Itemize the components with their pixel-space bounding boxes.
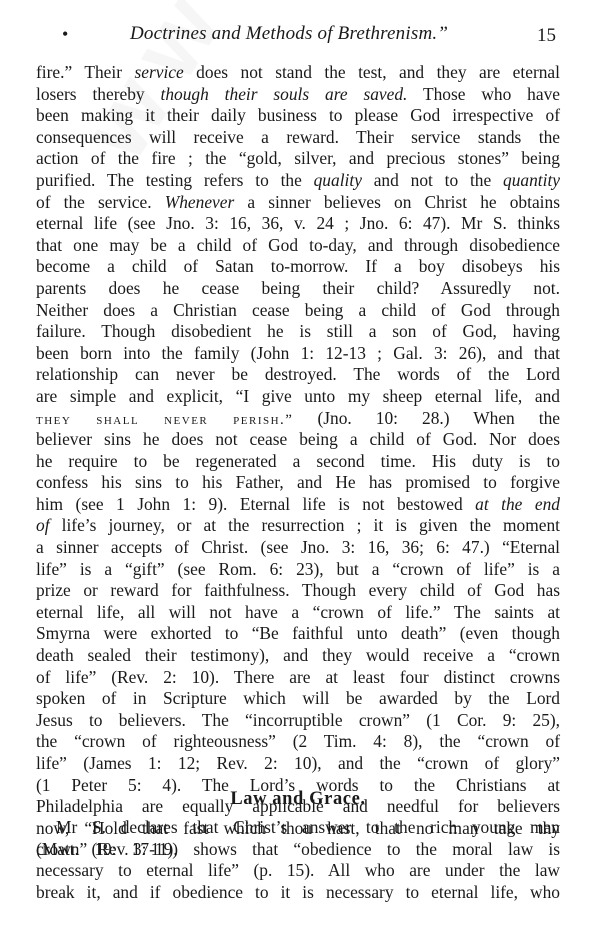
text-run: death sealed their testimony), and they … bbox=[36, 645, 560, 665]
text-line: him (see 1 John 1: 9). Eternal life is n… bbox=[36, 494, 560, 516]
text-run: believer sins he does not cease being a … bbox=[36, 429, 560, 449]
text-line: Jesus to believers. The “incorruptible c… bbox=[36, 710, 560, 732]
text-run: and not to the bbox=[362, 170, 503, 190]
text-run: spoken of in Scripture which will be awa… bbox=[36, 688, 560, 708]
text-run: confess his sins to his Father, and He h… bbox=[36, 472, 560, 492]
italic-text: of bbox=[36, 515, 50, 535]
text-run: (Matt. 19: 17-19) shows that “obedience … bbox=[36, 839, 560, 859]
italic-text: quantity bbox=[503, 170, 560, 190]
text-run: of life” (Rev. 2: 10). There are at leas… bbox=[36, 667, 560, 687]
document-page: www.brethren • Doctrines and Methods of … bbox=[0, 0, 600, 947]
text-run: consequences will receive a reward. Thei… bbox=[36, 127, 560, 147]
text-run: eternal life (see Jno. 3: 16, 36, v. 24 … bbox=[36, 213, 560, 233]
body-paragraph-law-and-grace: Mr S. declares that Christ’s answer to t… bbox=[36, 817, 560, 903]
text-run: Neither does a Christian cease being a c… bbox=[36, 300, 560, 320]
italic-text: quality bbox=[314, 170, 362, 190]
text-line: that one may be a child of God to-day, a… bbox=[36, 235, 560, 257]
text-line: purified. The testing refers to the qual… bbox=[36, 170, 560, 192]
text-run: relationship can never be destroyed. The… bbox=[36, 364, 560, 384]
text-run: Mr S. declares that Christ’s answer to t… bbox=[56, 817, 560, 837]
text-line: a sinner accepts of Christ. (see Jno. 3:… bbox=[36, 537, 560, 559]
running-head: • Doctrines and Methods of Brethrenism.”… bbox=[36, 22, 560, 48]
running-head-title: Doctrines and Methods of Brethrenism.” bbox=[130, 23, 448, 45]
text-line: become a child of Satan to-morrow. If a … bbox=[36, 256, 560, 278]
italic-text: service bbox=[134, 62, 183, 82]
body-paragraph: fire.” Their service does not stand the … bbox=[36, 62, 560, 861]
text-run: necessary to eternal life” (p. 15). All … bbox=[36, 860, 560, 880]
text-run: losers thereby bbox=[36, 84, 160, 104]
text-line: confess his sins to his Father, and He h… bbox=[36, 472, 560, 494]
text-run: failure. Though disobedient he is still … bbox=[36, 321, 560, 341]
text-run: become a child of Satan to-morrow. If a … bbox=[36, 256, 560, 276]
text-run: Those who have bbox=[407, 84, 560, 104]
text-line: been making it their daily business to p… bbox=[36, 105, 560, 127]
text-line: necessary to eternal life” (p. 15). All … bbox=[36, 860, 560, 882]
italic-text: at the end bbox=[475, 494, 560, 514]
text-line: prize or reward for faithfulness. Though… bbox=[36, 580, 560, 602]
text-run: are simple and explicit, “I give unto my… bbox=[36, 386, 560, 406]
text-line: believer sins he does not cease being a … bbox=[36, 429, 560, 451]
text-run: prize or reward for faithfulness. Though… bbox=[36, 580, 560, 600]
text-run: eternal life, all will not have a “crown… bbox=[36, 602, 560, 622]
text-line: death sealed their testimony), and they … bbox=[36, 645, 560, 667]
italic-text: though their souls are saved. bbox=[160, 84, 407, 104]
text-run: action of the fire ; the “gold, silver, … bbox=[36, 148, 560, 168]
text-line: relationship can never be destroyed. The… bbox=[36, 364, 560, 386]
text-line: fire.” Their service does not stand the … bbox=[36, 62, 560, 84]
text-line: he require to be regenerated a second ti… bbox=[36, 451, 560, 473]
text-run: the “crown of righteousness” (2 Tim. 4: … bbox=[36, 731, 560, 751]
text-line: eternal life (see Jno. 3: 16, 36, v. 24 … bbox=[36, 213, 560, 235]
text-line: parents does he cease being their child?… bbox=[36, 278, 560, 300]
text-run: (Jno. 10: 28.) When the bbox=[293, 408, 560, 428]
text-run: Smyrna were exhorted to “Be faithful unt… bbox=[36, 623, 560, 643]
text-run: break it, and if obedience to it is nece… bbox=[36, 882, 560, 902]
text-run: a sinner believes on Christ he obtains bbox=[234, 192, 560, 212]
text-line: of life” (Rev. 2: 10). There are at leas… bbox=[36, 667, 560, 689]
text-line: Neither does a Christian cease being a c… bbox=[36, 300, 560, 322]
text-line: of life’s journey, or at the resurrectio… bbox=[36, 515, 560, 537]
text-run: fire.” Their bbox=[36, 62, 134, 82]
text-run: does not stand the test, and they are et… bbox=[184, 62, 560, 82]
text-run: parents does he cease being their child?… bbox=[36, 278, 560, 298]
text-run: that one may be a child of God to-day, a… bbox=[36, 235, 560, 255]
small-caps-text: they shall never perish.” bbox=[36, 412, 293, 428]
text-line: life” (James 1: 12; Rev. 2: 10), and the… bbox=[36, 753, 560, 775]
text-run: he require to be regenerated a second ti… bbox=[36, 451, 560, 471]
text-run: life’s journey, or at the resurrection ;… bbox=[50, 515, 560, 535]
text-run: of the service. bbox=[36, 192, 165, 212]
bullet-mark: • bbox=[62, 24, 68, 45]
text-line: they shall never perish.” (Jno. 10: 28.)… bbox=[36, 408, 560, 430]
text-run: life” is a “gift” (see Rom. 6: 23), but … bbox=[36, 559, 560, 579]
text-line: consequences will receive a reward. Thei… bbox=[36, 127, 560, 149]
text-run: him (see 1 John 1: 9). Eternal life is n… bbox=[36, 494, 475, 514]
text-line: action of the fire ; the “gold, silver, … bbox=[36, 148, 560, 170]
text-run: a sinner accepts of Christ. (see Jno. 3:… bbox=[36, 537, 560, 557]
text-run: been making it their daily business to p… bbox=[36, 105, 560, 125]
text-line: eternal life, all will not have a “crown… bbox=[36, 602, 560, 624]
text-run: life” (James 1: 12; Rev. 2: 10), and the… bbox=[36, 753, 560, 773]
text-line: been born into the family (John 1: 12-13… bbox=[36, 343, 560, 365]
text-line: are simple and explicit, “I give unto my… bbox=[36, 386, 560, 408]
text-line: (Matt. 19: 17-19) shows that “obedience … bbox=[36, 839, 560, 861]
text-run: been born into the family (John 1: 12-13… bbox=[36, 343, 560, 363]
italic-text: Whenever bbox=[165, 192, 235, 212]
text-line: Mr S. declares that Christ’s answer to t… bbox=[36, 817, 560, 839]
text-run: purified. The testing refers to the bbox=[36, 170, 314, 190]
text-run: Jesus to believers. The “incorruptible c… bbox=[36, 710, 560, 730]
text-line: Smyrna were exhorted to “Be faithful unt… bbox=[36, 623, 560, 645]
page-number: 15 bbox=[537, 25, 556, 47]
text-line: spoken of in Scripture which will be awa… bbox=[36, 688, 560, 710]
text-line: of the service. Whenever a sinner believ… bbox=[36, 192, 560, 214]
text-line: losers thereby though their souls are sa… bbox=[36, 84, 560, 106]
text-line: the “crown of righteousness” (2 Tim. 4: … bbox=[36, 731, 560, 753]
text-line: life” is a “gift” (see Rom. 6: 23), but … bbox=[36, 559, 560, 581]
section-heading: Law and Grace. bbox=[36, 789, 560, 810]
text-line: failure. Though disobedient he is still … bbox=[36, 321, 560, 343]
text-line: break it, and if obedience to it is nece… bbox=[36, 882, 560, 904]
